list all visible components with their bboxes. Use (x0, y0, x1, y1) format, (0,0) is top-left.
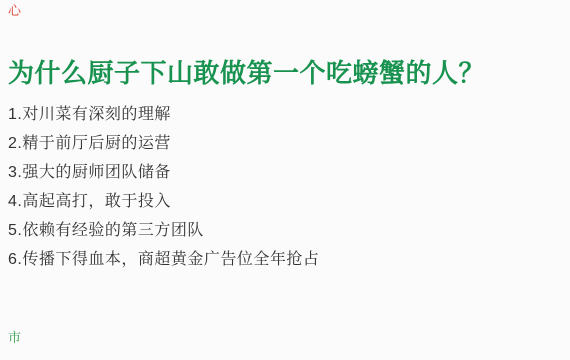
top-left-watermark-glyph: 心 (8, 4, 21, 17)
list-item-2: 2.精于前厅后厨的运营 (8, 129, 570, 158)
list-item-5: 5.依赖有经验的第三方团队 (8, 216, 570, 245)
list-item-6: 6.传播下得血本，商超黄金广告位全年抢占 (8, 245, 570, 274)
bottom-left-watermark-glyph: 市 (8, 331, 21, 344)
slide-canvas: 心 为什么厨子下山敢做第一个吃螃蟹的人？ 1.对川菜有深刻的理解 2.精于前厅后… (0, 0, 570, 360)
list-item-4: 4.高起高打，敢于投入 (8, 187, 570, 216)
points-list: 1.对川菜有深刻的理解 2.精于前厅后厨的运营 3.强大的厨师团队储备 4.高起… (8, 100, 570, 274)
slide-title: 为什么厨子下山敢做第一个吃螃蟹的人？ (8, 57, 485, 89)
list-item-1: 1.对川菜有深刻的理解 (8, 100, 570, 129)
list-item-3: 3.强大的厨师团队储备 (8, 158, 570, 187)
